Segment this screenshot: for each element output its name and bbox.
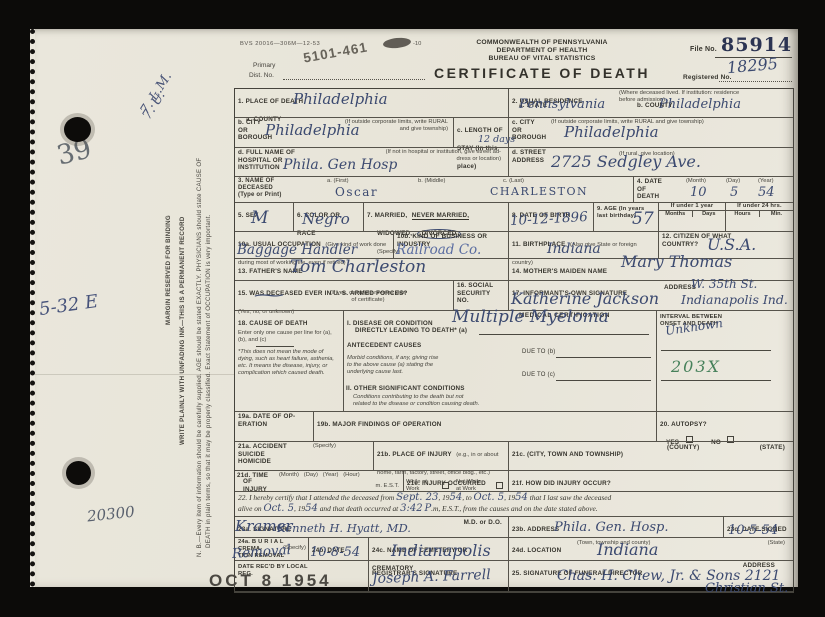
- corner-annotation-2: 7. U.: [141, 89, 168, 122]
- name-last-value: CHARLESTON: [490, 186, 588, 197]
- field-physician-signature: 23a. SIGNATURE M.D. or D.O. Kramer Kenne…: [235, 517, 508, 537]
- margin-note-nb-1: N. B.—Every item of information should b…: [196, 158, 203, 557]
- disease-value: Multiple Myeloma: [452, 309, 609, 326]
- dod-day-label: (Day): [726, 178, 740, 185]
- field-hospital-name: d. FULL NAME OF HOSPITAL OR INSTITUTION …: [235, 148, 508, 176]
- dod-month-label: (Month): [686, 178, 706, 185]
- certify-v6: 54: [305, 503, 318, 514]
- certify-v5: Oct. 5: [263, 503, 294, 514]
- field-length-of-stay: c. LENGTH OF STAY (In this place) 12 day…: [453, 118, 508, 147]
- burial-date-value: 10-8-54: [310, 546, 360, 559]
- certify-p3: , to: [462, 493, 471, 502]
- field-major-findings: 19b. MAJOR FINDINGS OF OPERATION: [313, 412, 656, 441]
- date-received-stamp: OCT 8 1954: [209, 571, 332, 591]
- antecedent-label: ANTECEDENT CAUSES: [347, 342, 421, 350]
- certify-v7: 3:42: [400, 503, 422, 514]
- residence-state-value: Pennsylvania: [519, 98, 605, 111]
- registrar-value: Joseph A. Farrell: [372, 568, 491, 586]
- informant-address1: W. 35th St.: [691, 278, 757, 290]
- sig-value-2: Kenneth H. Hyatt, MD.: [277, 523, 411, 535]
- certify-p1: 22. I hereby certify that I attended the…: [238, 493, 394, 502]
- certify-p7: , 19: [294, 504, 305, 513]
- punch-hole-bottom: [66, 461, 91, 485]
- agency-line-1: COMMONWEALTH OF PENNSYLVANIA: [392, 39, 692, 47]
- cause-instr: Enter only one cause per line for (a), (…: [238, 330, 336, 344]
- paper-sheet: 7. L.M. 7. U. 39 5-32 E 20300 MARGIN RES…: [30, 29, 798, 587]
- file-no-label: File No.: [690, 46, 717, 54]
- field-place-of-injury: 21b. PLACE OF INJURY (e.g., in or about …: [373, 442, 508, 470]
- registered-no-value: 18295: [726, 56, 778, 76]
- certificate-form: 1. PLACE OF DEATH a. COUNTY Philadelphia…: [234, 88, 794, 593]
- field-kind-of-business: 10b. KIND OF BUSINESS OR INDUSTRY Railro…: [393, 232, 508, 258]
- cause-note: *This does not mean the mode of dying, s…: [238, 349, 336, 377]
- cause-code-value: 203X: [671, 359, 721, 375]
- age-value: 57: [632, 211, 654, 228]
- mother-value: Mary Thomas: [621, 254, 732, 270]
- injury-while-checkbox: [442, 482, 449, 489]
- location-label: 24d. LOCATION: [512, 547, 561, 554]
- field-if-under-24-hrs: If under 24 hrs. HoursMin.: [725, 203, 793, 231]
- findings-label: 19b. MAJOR FINDINGS OF OPERATION: [317, 421, 442, 428]
- location-value: Indiana: [597, 542, 658, 558]
- injury-place-label: 21b. PLACE OF INJURY: [377, 451, 452, 458]
- field-attending-certification: 22. I hereby certify that I attended the…: [235, 492, 793, 516]
- under24-min-label: Min.: [759, 211, 793, 217]
- field-medical-certification: MEDICAL CERTIFICATION I. DISEASE OR COND…: [343, 311, 656, 411]
- field-usual-occupation: 10a. USUAL OCCUPATION (Give kind of work…: [235, 232, 393, 258]
- stay-value: 12 days: [478, 135, 515, 145]
- scanned-death-certificate: 7. L.M. 7. U. 39 5-32 E 20300 MARGIN RES…: [0, 0, 825, 617]
- field-armed-forces: 15. WAS DECEASED EVER IN U. S. ARMED FOR…: [235, 281, 453, 310]
- business-value: Railroad Co.: [396, 244, 481, 258]
- certify-v3: Oct. 5: [474, 492, 505, 503]
- under1-months-label: Months: [659, 211, 692, 217]
- field-accident-suicide-homicide: 21a. ACCIDENT SUICIDE HOMICIDE (Specify): [235, 442, 373, 470]
- form-code: BVS 20016—306M—12-53: [240, 41, 320, 48]
- under24-hours-label: Hours: [726, 211, 759, 217]
- file-code-annotation: 5-32 E: [38, 293, 99, 319]
- field-name-of-deceased: 3. NAME OF DECEASED (Type or Print) a. (…: [235, 177, 633, 202]
- field-time-of-injury: 21d. TIME (Month) (Day) (Year) (Hour) OF…: [235, 471, 403, 491]
- margin-note-binding: MARGIN RESERVED FOR BINDING: [165, 215, 172, 325]
- operation-label: 19a. DATE OF OP- ERATION: [238, 413, 295, 428]
- location-state-label: (State): [768, 540, 785, 547]
- field-if-under-1-year: If under 1 year MonthsDays: [658, 203, 725, 231]
- field-place-city: b. CITY OR BOROUGH (If outside corporate…: [235, 118, 453, 147]
- field-date-received: DATE REC'D BY LOCAL REG. OCT 8 1954: [235, 561, 368, 591]
- field-age: 9. AGE (In years last birthday) 57: [593, 203, 658, 231]
- race-value: Negro: [302, 212, 350, 227]
- accident-specify: (Specify): [313, 443, 336, 450]
- field-color-or-race: 6. COLOR OR RACE Negro: [293, 203, 363, 231]
- field-date-of-birth: 8. DATE OF BIRTH 10-12-1896: [508, 203, 593, 231]
- agency-line-2: DEPARTMENT OF HEALTH: [392, 47, 692, 55]
- sig-date-value: 10-5-54: [728, 524, 778, 537]
- marital-line1a: 7. MARRIED,: [367, 212, 407, 219]
- field-sex: 5. SEX M: [235, 203, 293, 231]
- certify-v4: 54: [515, 492, 528, 503]
- field-place-of-death-county: 1. PLACE OF DEATH a. COUNTY Philadelphia: [235, 89, 508, 117]
- place-county-value: Philadelphia: [293, 92, 388, 107]
- field-burial-type: 24a. B U R I A L CREMA- TION REMOVAL (Sp…: [235, 538, 308, 560]
- due-b-label: DUE TO (b): [522, 349, 555, 356]
- injury-city-label: 21c. (CITY, TOWN AND TOWNSHIP): [512, 451, 623, 458]
- name-title: 3. NAME OF DECEASED (Type or Print): [238, 178, 282, 200]
- punch-hole-top: [64, 117, 91, 142]
- certify-p4: , 19: [504, 493, 515, 502]
- funeral-value-2: Christian St.: [705, 582, 788, 595]
- field-interval-onset-death: INTERVAL BETWEEN ONSET AND DEATH Unknown…: [656, 311, 793, 411]
- field-usual-residence: 2. USUAL RESIDENCE (Where deceased lived…: [508, 89, 793, 117]
- accident-label: 21a. ACCIDENT SUICIDE HOMICIDE: [238, 443, 287, 466]
- dod-month-value: 10: [690, 186, 707, 199]
- sig-md-label: M.D. or D.O.: [464, 519, 502, 527]
- interval-blank-2: [661, 379, 771, 381]
- agency-block: COMMONWEALTH OF PENNSYLVANIA DEPARTMENT …: [392, 39, 692, 82]
- dob-value: 10-12-1896: [510, 211, 588, 229]
- mother-label: 14. MOTHER'S MAIDEN NAME: [512, 268, 607, 275]
- sig-addr-label: 23b. ADDRESS: [512, 526, 559, 533]
- field-date-signed: 23c. DATE SIGNED 10-5-54: [723, 517, 793, 537]
- dod-year-value: 54: [758, 186, 775, 199]
- informant-signature-value: Katherine Jackson: [511, 291, 659, 307]
- field-burial-date: 24b. DATE 10-8-54: [308, 538, 368, 560]
- margin-note-permanent: WRITE PLAINLY WITH UNFADING INK—THIS IS …: [179, 216, 186, 445]
- field-residence-city: c. CITY OR BOROUGH (If outside corporate…: [508, 118, 793, 147]
- injury-how-label: 21f. HOW DID INJURY OCCUR?: [512, 480, 611, 487]
- dod-title: 4. DATE OF DEATH: [637, 178, 662, 201]
- informant-address2: Indianapolis Ind.: [681, 294, 788, 307]
- name-first-value: Oscar: [335, 186, 378, 198]
- primary-label: Primary: [253, 62, 275, 70]
- certify-p2: , 19: [438, 493, 449, 502]
- forces-hint2: (If yes, complete reverse side of certif…: [313, 290, 423, 304]
- certify-v1: Sept. 23: [396, 492, 438, 503]
- dod-day-value: 5: [730, 186, 738, 199]
- autopsy-label: 20. AUTOPSY?: [660, 421, 707, 428]
- certify-p5: that I last saw the deceased: [528, 493, 611, 502]
- field-informant-signature: 17. INFORMANT'S OWN SIGNATURE ADDRESS W.…: [508, 281, 793, 310]
- injury-city-state-label: (STATE): [760, 444, 785, 452]
- field-registrar-signature: REGISTRAR'S SIGNATURE Joseph A. Farrell: [368, 561, 508, 591]
- tally-number-annotation: 20300: [86, 505, 135, 525]
- sex-value: M: [251, 210, 268, 227]
- cause-title: 18. CAUSE OF DEATH: [238, 320, 308, 327]
- margin-note-nb-2: DEATH in plain terms, so that it may be …: [205, 214, 212, 548]
- field-cemetery-name: 24c. NAME OF CEMETERY OR CREMATORY India…: [368, 538, 508, 560]
- file-no-value: 85914: [721, 34, 792, 56]
- field-how-injury-occurred: 21f. HOW DID INJURY OCCUR?: [508, 471, 793, 491]
- field-fathers-name: 13. FATHER'S NAME Tom Charleston: [235, 259, 508, 280]
- cemetery-value: Indianapolis: [391, 543, 491, 559]
- due-b-blank: [556, 356, 651, 358]
- field-cause-of-death-instructions: 18. CAUSE OF DEATH Enter only one cause …: [235, 311, 343, 411]
- residence-city-label: c. CITY OR BOROUGH: [512, 119, 546, 142]
- forces-mark: ~: [250, 289, 288, 303]
- field-injury-city: 21c. (CITY, TOWN AND TOWNSHIP) (COUNTY) …: [508, 442, 793, 470]
- field-physician-address: 23b. ADDRESS Phila. Gen. Hosp.: [508, 517, 723, 537]
- birthplace-value: Indiana: [547, 242, 601, 256]
- injury-time-sub: (Month) (Day) (Year) (Hour): [279, 472, 360, 479]
- under1-days-label: Days: [692, 211, 726, 217]
- marital-line1b: NEVER MARRIED,: [412, 212, 469, 220]
- disease-blank: [479, 333, 649, 335]
- father-value: Tom Charleston: [290, 259, 426, 276]
- injury-time-est: m. E.S.T.: [375, 483, 399, 490]
- field-injury-occurred: 21e. INJURY OCCURRED While at Work Not W…: [403, 471, 508, 491]
- disease-label-2: DIRECTLY LEADING TO DEATH* (a): [355, 327, 467, 335]
- residence-county-value: Philadelphia: [659, 98, 741, 111]
- street-value: 2725 Sedgley Ave.: [551, 154, 701, 170]
- certificate-title: CERTIFICATE OF DEATH: [392, 65, 692, 82]
- name-first-label: a. (First): [327, 178, 349, 185]
- certify-p6: alive on: [238, 504, 262, 513]
- hospital-value: Phila. Gen Hosp: [283, 158, 397, 172]
- street-label: d. STREET ADDRESS: [512, 149, 546, 164]
- cause-divider: [256, 346, 294, 347]
- dod-year-label: (Year): [758, 178, 774, 185]
- morbid-note: Morbid conditions, if any, giving rise t…: [347, 355, 438, 376]
- other-conditions-note: Conditions contributing to the death but…: [353, 394, 479, 408]
- field-date-of-death: 4. DATE OF DEATH (Month) (Day) (Year) 10…: [633, 177, 793, 202]
- other-conditions-label: II. OTHER SIGNIFICANT CONDITIONS: [346, 385, 465, 393]
- field-funeral-director: 25. SIGNATURE OF FUNERAL DIRECTOR ADDRES…: [508, 561, 793, 591]
- citizen-value: U.S.A.: [707, 237, 756, 253]
- interval-blank-1: [661, 349, 771, 351]
- due-c-blank: [556, 379, 651, 381]
- field-date-of-operation: 19a. DATE OF OP- ERATION: [235, 412, 313, 441]
- certify-v2: 54: [449, 492, 462, 503]
- under1-header: If under 1 year: [659, 203, 725, 211]
- field-autopsy: 20. AUTOPSY? YES NO: [656, 412, 793, 441]
- field-social-security-no: 16. SOCIAL SECURITY NO.: [453, 281, 508, 310]
- name-last-label: c. (Last): [503, 178, 524, 185]
- field-street-address: d. STREET ADDRESS (If rural, give locati…: [508, 148, 793, 176]
- sig-addr-value: Phila. Gen. Hosp.: [554, 521, 668, 534]
- occupation-value: Baggage Handler: [237, 244, 357, 258]
- under24-header: If under 24 hrs.: [726, 203, 793, 211]
- injury-notwhile-checkbox: [496, 482, 503, 489]
- field-marital-status: 7. MARRIED, NEVER MARRIED, WIDOWED, DIVO…: [363, 203, 508, 231]
- injury-city-county-label: (COUNTY): [667, 444, 699, 452]
- due-c-label: DUE TO (c): [522, 372, 555, 379]
- name-middle-label: b. (Middle): [418, 178, 445, 185]
- ssn-label: 16. SOCIAL SECURITY NO.: [457, 282, 505, 305]
- certify-p9: .m, E.S.T., from the causes and on the d…: [431, 504, 597, 513]
- agency-line-3: BUREAU OF VITAL STATISTICS: [392, 55, 692, 63]
- residence-city-value: Philadelphia: [564, 125, 659, 140]
- place-city-value: Philadelphia: [265, 123, 360, 138]
- field-cemetery-location: 24d. LOCATION (Town, township and county…: [508, 538, 793, 560]
- certify-p8: and that death occurred at: [318, 504, 398, 513]
- dist-no-label: Dist. No.: [249, 72, 274, 80]
